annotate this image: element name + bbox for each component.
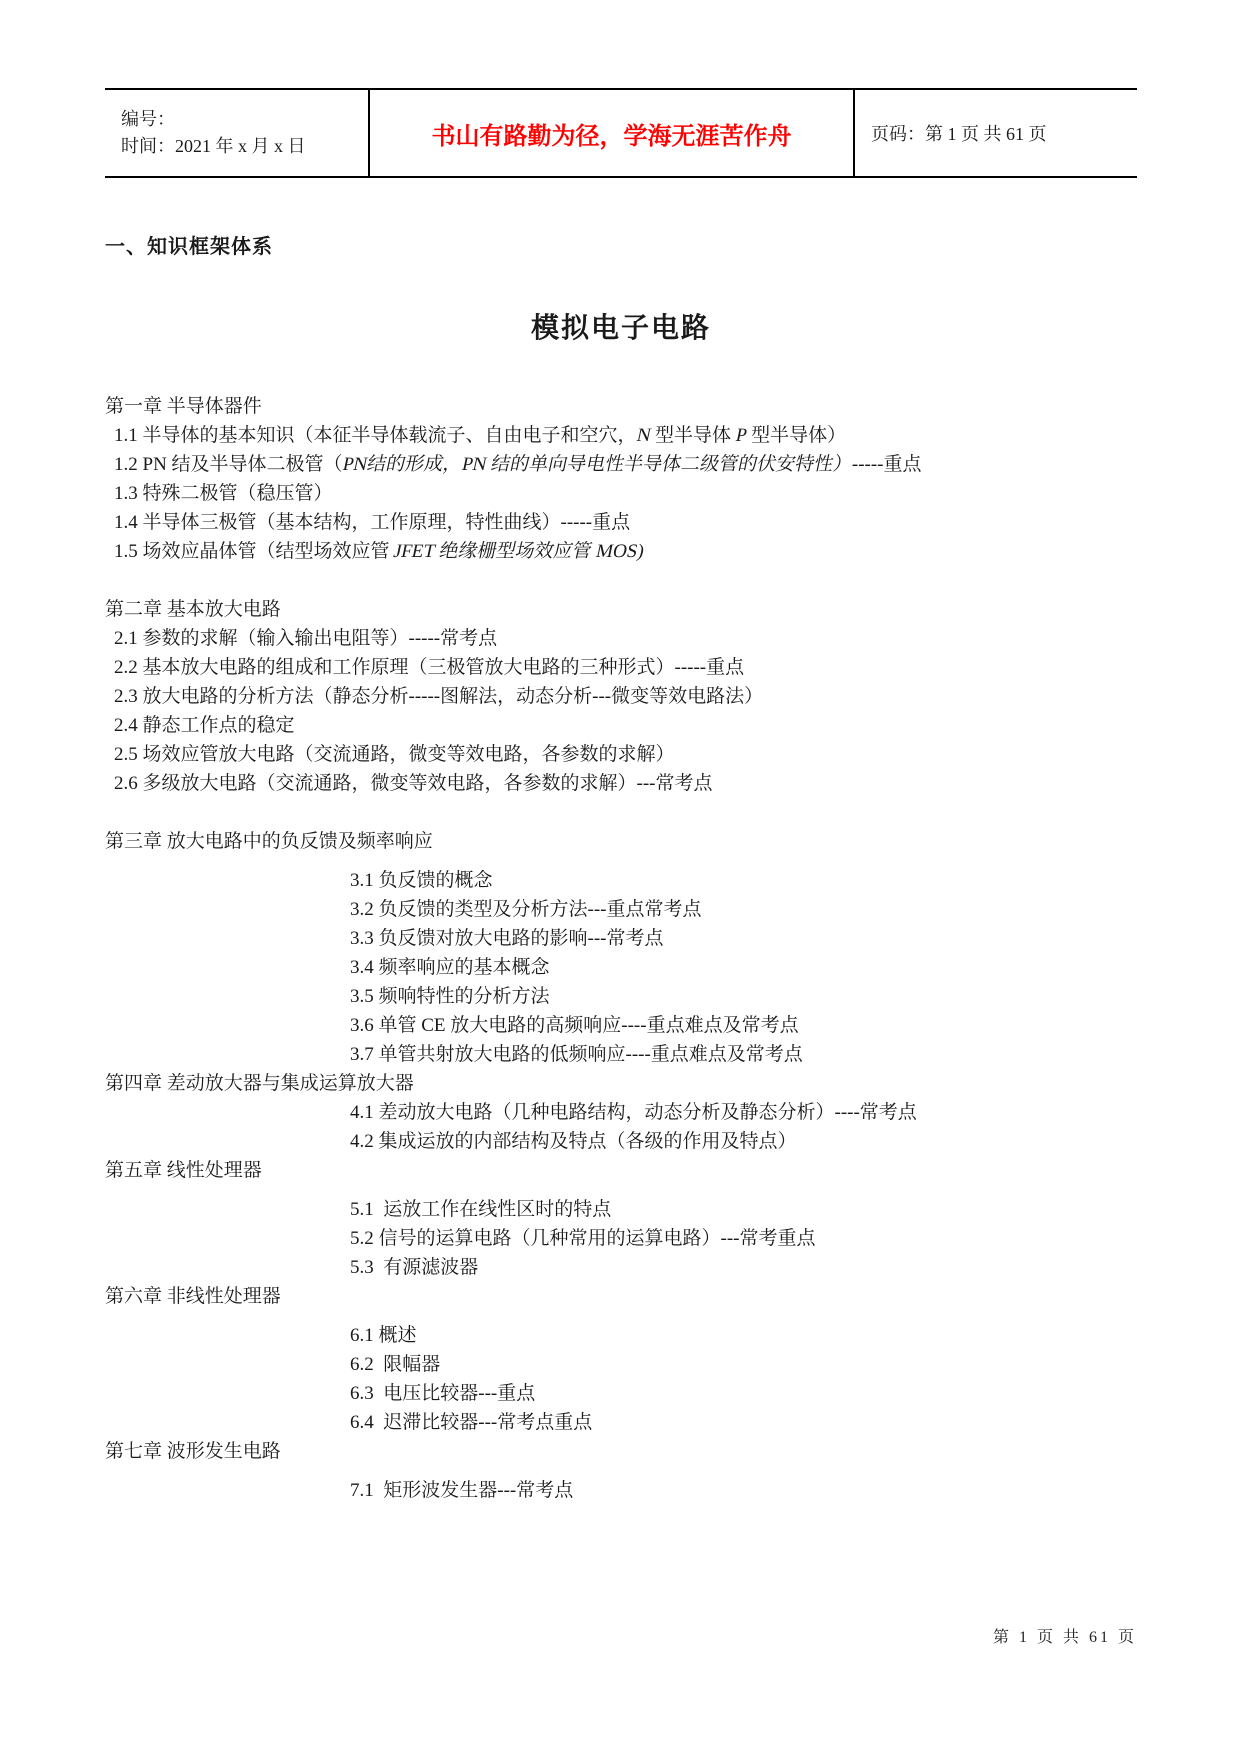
page-info-cell: 页码：第 1 页 共 61 页: [855, 90, 1137, 176]
header-table: 编号： 时间：2021 年 x 月 x 日 书山有路勤为径，学海无涯苦作舟 页码…: [105, 88, 1137, 178]
document-page: 编号： 时间：2021 年 x 月 x 日 书山有路勤为径，学海无涯苦作舟 页码…: [0, 0, 1241, 1754]
motto-text: 书山有路勤为径，学海无涯苦作舟: [432, 116, 792, 151]
chapter-line: 第二章 基本放大电路: [105, 595, 1137, 624]
outline-item: 5.2 信号的运算电路（几种常用的运算电路）---常考重点: [350, 1224, 1137, 1253]
chapter-line: 第四章 差动放大器与集成运算放大器: [105, 1069, 1137, 1098]
outline: 第一章 半导体器件1.1 半导体的基本知识（本征半导体载流子、自由电子和空穴，N…: [105, 392, 1137, 1505]
chapter-line: 第一章 半导体器件: [105, 392, 1137, 421]
page-info-label: 页码：第 1 页 共 61 页: [871, 120, 1137, 146]
outline-item: 1.2 PN 结及半导体二极管（PN结的形成，PN 结的单向导电性半导体二级管的…: [114, 450, 1137, 479]
motto-cell: 书山有路勤为径，学海无涯苦作舟: [368, 90, 855, 176]
outline-item: 1.5 场效应晶体管（结型场效应管 JFET 绝缘栅型场效应管 MOS): [114, 537, 1137, 566]
outline-item: 2.1 参数的求解（输入输出电阻等）-----常考点: [114, 624, 1137, 653]
outline-item: 6.1 概述: [350, 1321, 1137, 1350]
section-heading: 一、知识框架体系: [105, 230, 1137, 259]
blank-line: [105, 798, 1137, 827]
outline-item: 4.1 差动放大电路（几种电路结构，动态分析及静态分析）----常考点: [350, 1098, 1137, 1127]
outline-item: 3.2 负反馈的类型及分析方法---重点常考点: [350, 895, 1137, 924]
outline-item: 2.3 放大电路的分析方法（静态分析-----图解法，动态分析---微变等效电路…: [114, 682, 1137, 711]
outline-item: 3.6 单管 CE 放大电路的高频响应----重点难点及常考点: [350, 1011, 1137, 1040]
outline-item: 1.4 半导体三极管（基本结构，工作原理，特性曲线）-----重点: [114, 508, 1137, 537]
time-label: 时间：2021 年 x 月 x 日: [121, 133, 368, 160]
outline-item: 1.1 半导体的基本知识（本征半导体载流子、自由电子和空穴，N 型半导体 P 型…: [114, 421, 1137, 450]
chapter-line: 第五章 线性处理器: [105, 1156, 1137, 1185]
outline-item: 5.3 有源滤波器: [350, 1253, 1137, 1282]
number-label: 编号：: [121, 106, 368, 133]
outline-item: 7.1 矩形波发生器---常考点: [350, 1476, 1137, 1505]
outline-item: 2.2 基本放大电路的组成和工作原理（三极管放大电路的三种形式）-----重点: [114, 653, 1137, 682]
outline-item: 1.3 特殊二极管（稳压管）: [114, 479, 1137, 508]
outline-item: 6.4 迟滞比较器---常考点重点: [350, 1408, 1137, 1437]
outline-item: 2.5 场效应管放大电路（交流通路，微变等效电路，各参数的求解）: [114, 740, 1137, 769]
outline-item: 6.2 限幅器: [350, 1350, 1137, 1379]
outline-item: 6.3 电压比较器---重点: [350, 1379, 1137, 1408]
outline-item: 3.7 单管共射放大电路的低频响应----重点难点及常考点: [350, 1040, 1137, 1069]
outline-item: 5.1 运放工作在线性区时的特点: [350, 1195, 1137, 1224]
outline-item: 3.4 频率响应的基本概念: [350, 953, 1137, 982]
footer-page-number: 第 1 页 共 61 页: [993, 1624, 1137, 1647]
outline-item: 4.2 集成运放的内部结构及特点（各级的作用及特点）: [350, 1127, 1137, 1156]
outline-item: 3.3 负反馈对放大电路的影响---常考点: [350, 924, 1137, 953]
outline-item: 2.4 静态工作点的稳定: [114, 711, 1137, 740]
header-number-cell: 编号： 时间：2021 年 x 月 x 日: [105, 90, 368, 176]
outline-item: 2.6 多级放大电路（交流通路，微变等效电路，各参数的求解）---常考点: [114, 769, 1137, 798]
outline-item: 3.5 频响特性的分析方法: [350, 982, 1137, 1011]
chapter-line: 第七章 波形发生电路: [105, 1437, 1137, 1466]
blank-line: [105, 566, 1137, 595]
outline-item: 3.1 负反馈的概念: [350, 866, 1137, 895]
chapter-line: 第六章 非线性处理器: [105, 1282, 1137, 1311]
chapter-line: 第三章 放大电路中的负反馈及频率响应: [105, 827, 1137, 856]
document-title: 模拟电子电路: [105, 306, 1137, 346]
